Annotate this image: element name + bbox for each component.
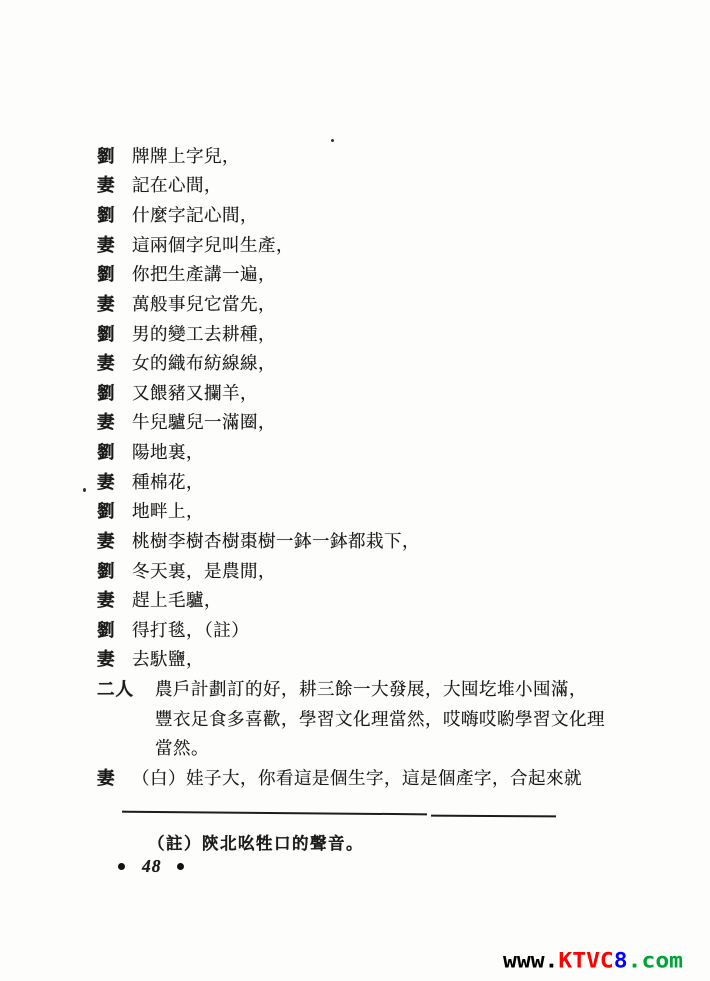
dialogue-line: 妻牛兒驢兒一滿圈， <box>97 408 657 438</box>
dialogue-block: 劉牌牌上字兒，妻記在心間，劉什麼字記心間，妻這兩個字兒叫生產，劉你把生產講一遍，… <box>97 141 657 793</box>
speaker-label: 劉 <box>97 323 132 345</box>
book-page: 劉牌牌上字兒，妻記在心間，劉什麼字記心間，妻這兩個字兒叫生產，劉你把生產講一遍，… <box>0 0 710 981</box>
page-number-dot-left <box>118 863 125 870</box>
speaker-label: 妻 <box>97 411 132 433</box>
dialogue-line: 劉男的變工去耕種， <box>97 319 657 349</box>
speaker-label: 妻 <box>97 767 132 789</box>
page-number-dot-right <box>177 863 184 870</box>
dialogue-line: 妻女的織布紡線線， <box>97 348 657 378</box>
line-text: 你把生產講一遍， <box>132 263 276 285</box>
speaker-label: 妻 <box>97 471 132 493</box>
ink-speck <box>331 139 334 142</box>
line-text: 牛兒驢兒一滿圈， <box>132 411 276 433</box>
dialogue-line: 妻趕上毛驢， <box>97 585 657 615</box>
line-text: 牌牌上字兒， <box>132 145 240 167</box>
line-text: 女的織布紡線線， <box>132 352 276 374</box>
speaker-label: 劉 <box>97 382 132 404</box>
line-text: 桃樹李樹杏樹棗樹一鉢一鉢都栽下， <box>132 530 420 552</box>
page-number-value: 48 <box>142 856 162 877</box>
speaker-label: 劉 <box>97 619 132 641</box>
page-number: 48 <box>118 856 184 876</box>
line-text: 農戶計劃訂的好，耕三餘一大發展，大囤圪堆小囤滿， <box>155 678 587 700</box>
dialogue-line: 二人農戶計劃訂的好，耕三餘一大發展，大囤圪堆小囤滿， <box>97 674 657 704</box>
speaker-label: 妻 <box>97 293 132 315</box>
line-text: 什麼字記心間， <box>132 204 258 226</box>
dialogue-line: 劉又餵豬又攔羊， <box>97 378 657 408</box>
line-text: 男的變工去耕種， <box>132 323 276 345</box>
dialogue-line: 妻記在心間， <box>97 171 657 201</box>
line-text: 趕上毛驢， <box>132 589 222 611</box>
speaker-label: 劉 <box>97 500 132 522</box>
dialogue-line: 劉得打毯，（註） <box>97 615 657 645</box>
dialogue-line: 劉陽地裏， <box>97 437 657 467</box>
footnote-separator-segment <box>431 815 556 818</box>
speaker-label: 妻 <box>97 648 132 670</box>
dialogue-line: 妻種棉花， <box>97 467 657 497</box>
line-text: 得打毯，（註） <box>132 619 249 641</box>
ink-speck <box>83 488 86 492</box>
dialogue-line: 當然。 <box>97 734 657 764</box>
speaker-label: 妻 <box>97 174 132 196</box>
watermark-segment: 8 <box>614 949 628 973</box>
line-text: 去馱鹽， <box>132 648 204 670</box>
dialogue-line: 劉牌牌上字兒， <box>97 141 657 171</box>
line-text: 又餵豬又攔羊， <box>132 382 258 404</box>
watermark-segment: KTVC <box>558 949 613 973</box>
dialogue-line: 妻去馱鹽， <box>97 645 657 675</box>
dialogue-line: 妻這兩個字兒叫生產， <box>97 230 657 260</box>
dialogue-line: 妻桃樹李樹杏樹棗樹一鉢一鉢都栽下， <box>97 526 657 556</box>
speaker-label: 劉 <box>97 204 132 226</box>
line-text: 地畔上， <box>132 500 204 522</box>
speaker-label: 劉 <box>97 441 132 463</box>
line-text: 記在心間， <box>132 174 222 196</box>
line-text: 豐衣足食多喜歡，學習文化理當然，哎嗨哎喲學習文化理 <box>155 708 605 730</box>
speaker-label: 妻 <box>97 234 132 256</box>
line-text: 冬天裏，是農閒， <box>132 560 276 582</box>
footnote-text: （註）陝北吆牲口的聲音。 <box>148 834 364 853</box>
line-text: （白）娃子大，你看這是個生字，這是個產字，合起來就 <box>132 767 582 789</box>
speaker-label: 劉 <box>97 263 132 285</box>
line-text: 這兩個字兒叫生產， <box>132 234 294 256</box>
speaker-label: 妻 <box>97 530 132 552</box>
line-text: 萬般事兒它當先， <box>132 293 276 315</box>
line-text: 種棉花， <box>132 471 204 493</box>
dialogue-line: 劉地畔上， <box>97 497 657 527</box>
dialogue-line: 劉冬天裏，是農閒， <box>97 556 657 586</box>
speaker-label: 二人 <box>97 678 155 700</box>
dialogue-line: 豐衣足食多喜歡，學習文化理當然，哎嗨哎喲學習文化理 <box>97 704 657 734</box>
speaker-label: 妻 <box>97 352 132 374</box>
speaker-label: 劉 <box>97 560 132 582</box>
line-text: 陽地裏， <box>132 441 204 463</box>
dialogue-line: 妻（白）娃子大，你看這是個生字，這是個產字，合起來就 <box>97 763 657 793</box>
footnote: （註）陝北吆牲口的聲音。 <box>148 830 364 854</box>
watermark: www.KTVC8.com <box>503 950 683 972</box>
watermark-segment: www. <box>503 949 558 973</box>
speaker-label: 劉 <box>97 145 132 167</box>
speaker-label: 妻 <box>97 589 132 611</box>
dialogue-line: 妻萬般事兒它當先， <box>97 289 657 319</box>
watermark-segment: .com <box>628 949 683 973</box>
line-text: 當然。 <box>155 737 209 759</box>
footnote-separator <box>122 811 427 816</box>
dialogue-line: 劉你把生產講一遍， <box>97 260 657 290</box>
dialogue-line: 劉什麼字記心間， <box>97 200 657 230</box>
